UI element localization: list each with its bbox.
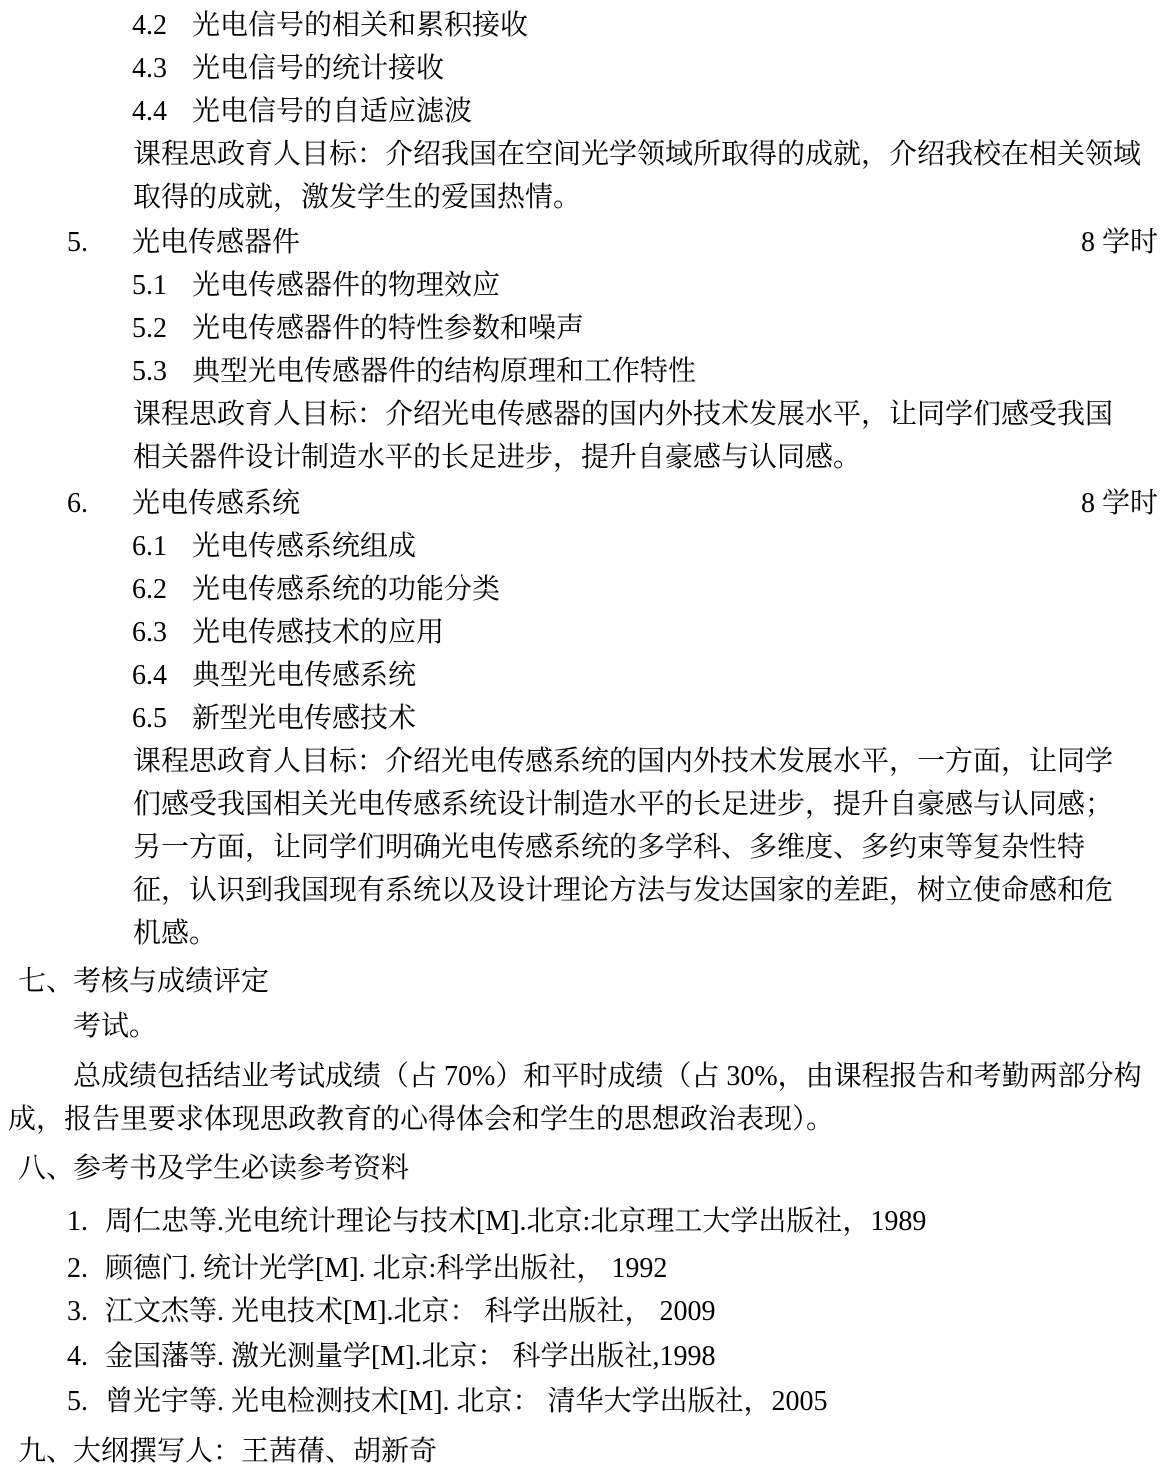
line-text: 大纲撰写人：王茜蒨、胡新奇 xyxy=(73,1436,437,1467)
section-heading: 七、考核与成绩评定 xyxy=(0,960,1160,1003)
credit-hours-label: 8 学时 xyxy=(1081,482,1158,525)
document-body: 4.2光电信号的相关和累积接收4.3光电信号的统计接收4.4光电信号的自适应滤波… xyxy=(0,4,1160,1471)
outline-subsection: 6.3光电传感技术的应用 xyxy=(0,611,1160,654)
line-text: 金国藩等. 激光测量学[M].北京： 科学出版社,1998 xyxy=(105,1341,716,1372)
line-text: 光电传感系统的功能分类 xyxy=(192,574,500,605)
reference-item: 4.金国藩等. 激光测量学[M].北京： 科学出版社,1998 xyxy=(0,1335,1160,1378)
document-page: 4.2光电信号的相关和累积接收4.3光电信号的统计接收4.4光电信号的自适应滤波… xyxy=(0,0,1160,1471)
item-number: 6.1 xyxy=(132,525,192,568)
line-text: 征，认识到我国现有系统以及设计理论方法与发达国家的差距，树立使命感和危 xyxy=(133,875,1113,906)
line-text: 课程思政育人目标：介绍光电传感系统的国内外技术发展水平，一方面，让同学 xyxy=(133,746,1113,777)
item-number: 七、 xyxy=(18,960,73,1003)
item-number: 八、 xyxy=(18,1147,73,1190)
line-text: 光电传感系统组成 xyxy=(192,531,416,562)
ideology-goal-paragraph: 们感受我国相关光电传感系统设计制造水平的长足进步，提升自豪感与认同感； xyxy=(0,783,1160,826)
outline-subsection: 6.1光电传感系统组成 xyxy=(0,525,1160,568)
line-text: 总成绩包括结业考试成绩（占 70%）和平时成绩（占 30%，由课程报告和考勤两部… xyxy=(73,1061,1142,1092)
line-text: 课程思政育人目标：介绍我国在空间光学领域所取得的成就，介绍我校在相关领域 xyxy=(133,139,1141,170)
line-text: 取得的成就，激发学生的爱国热情。 xyxy=(133,182,581,213)
outline-subsection: 6.5新型光电传感技术 xyxy=(0,697,1160,740)
line-text: 顾德门. 统计光学[M]. 北京:科学出版社， 1992 xyxy=(105,1253,667,1284)
item-number: 6.4 xyxy=(132,654,192,697)
item-number: 6.5 xyxy=(132,697,192,740)
outline-subsection: 5.2光电传感器件的特性参数和噪声 xyxy=(0,307,1160,350)
credit-hours-label: 8 学时 xyxy=(1081,221,1158,264)
section-heading: 八、参考书及学生必读参考资料 xyxy=(0,1147,1160,1190)
line-text: 参考书及学生必读参考资料 xyxy=(73,1153,409,1184)
line-text: 另一方面，让同学们明确光电传感系统的多学科、多维度、多约束等复杂性特 xyxy=(133,832,1085,863)
line-text: 机感。 xyxy=(133,918,217,949)
paragraph: 总成绩包括结业考试成绩（占 70%）和平时成绩（占 30%，由课程报告和考勤两部… xyxy=(0,1055,1160,1098)
item-number: 九、 xyxy=(18,1430,73,1471)
item-number: 6.2 xyxy=(132,568,192,611)
line-text: 光电传感器件的特性参数和噪声 xyxy=(192,313,584,344)
line-text: 课程思政育人目标：介绍光电传感器的国内外技术发展水平，让同学们感受我国 xyxy=(133,399,1113,430)
item-number: 6.3 xyxy=(132,611,192,654)
item-number: 4.3 xyxy=(132,47,192,90)
line-text: 曾光宇等. 光电检测技术[M]. 北京： 清华大学出版社，2005 xyxy=(105,1386,828,1417)
ideology-goal-paragraph: 相关器件设计制造水平的长足进步，提升自豪感与认同感。 xyxy=(0,436,1160,479)
item-number: 5.2 xyxy=(132,307,192,350)
reference-item: 3.江文杰等. 光电技术[M].北京： 科学出版社， 2009 xyxy=(0,1290,1160,1333)
line-text: 考试。 xyxy=(73,1011,157,1042)
item-number: 4.4 xyxy=(132,90,192,133)
item-number: 1. xyxy=(67,1200,105,1243)
line-text: 典型光电传感系统 xyxy=(192,660,416,691)
outline-subsection: 5.3典型光电传感器件的结构原理和工作特性 xyxy=(0,350,1160,393)
reference-item: 1.周仁忠等.光电统计理论与技术[M].北京:北京理工大学出版社，1989 xyxy=(0,1200,1160,1243)
line-text: 光电信号的相关和累积接收 xyxy=(192,10,528,41)
item-number: 5.1 xyxy=(132,264,192,307)
line-text: 成，报告里要求体现思政教育的心得体会和学生的思想政治表现）。 xyxy=(8,1104,834,1135)
ideology-goal-paragraph: 课程思政育人目标：介绍光电传感系统的国内外技术发展水平，一方面，让同学 xyxy=(0,740,1160,783)
paragraph: 考试。 xyxy=(0,1005,1160,1048)
line-text: 考核与成绩评定 xyxy=(73,966,269,997)
ideology-goal-paragraph: 另一方面，让同学们明确光电传感系统的多学科、多维度、多约束等复杂性特 xyxy=(0,826,1160,869)
item-number: 5.3 xyxy=(132,350,192,393)
outline-subsection: 6.2光电传感系统的功能分类 xyxy=(0,568,1160,611)
item-number: 5. xyxy=(67,1380,105,1423)
line-text: 光电传感器件 xyxy=(132,227,300,258)
ideology-goal-paragraph: 课程思政育人目标：介绍光电传感器的国内外技术发展水平，让同学们感受我国 xyxy=(0,393,1160,436)
paragraph-continuation: 成，报告里要求体现思政教育的心得体会和学生的思想政治表现）。 xyxy=(0,1098,1160,1141)
outline-subsection: 4.4光电信号的自适应滤波 xyxy=(0,90,1160,133)
line-text: 周仁忠等.光电统计理论与技术[M].北京:北京理工大学出版社，1989 xyxy=(105,1206,926,1237)
line-text: 光电传感技术的应用 xyxy=(192,617,444,648)
line-text: 典型光电传感器件的结构原理和工作特性 xyxy=(192,356,696,387)
item-number: 6. xyxy=(67,482,132,525)
item-number: 4.2 xyxy=(132,4,192,47)
ideology-goal-paragraph: 课程思政育人目标：介绍我国在空间光学领域所取得的成就，介绍我校在相关领域 xyxy=(0,133,1160,176)
line-text: 们感受我国相关光电传感系统设计制造水平的长足进步，提升自豪感与认同感； xyxy=(133,789,1113,820)
chapter-heading: 5.光电传感器件8 学时 xyxy=(0,221,1160,264)
line-text: 江文杰等. 光电技术[M].北京： 科学出版社， 2009 xyxy=(105,1296,716,1327)
section-heading: 九、大纲撰写人：王茜蒨、胡新奇 xyxy=(0,1430,1160,1471)
item-number: 2. xyxy=(67,1247,105,1290)
ideology-goal-paragraph: 取得的成就，激发学生的爱国热情。 xyxy=(0,176,1160,219)
line-text: 光电信号的自适应滤波 xyxy=(192,96,472,127)
item-number: 5. xyxy=(67,221,132,264)
outline-subsection: 6.4典型光电传感系统 xyxy=(0,654,1160,697)
ideology-goal-paragraph: 征，认识到我国现有系统以及设计理论方法与发达国家的差距，树立使命感和危 xyxy=(0,869,1160,912)
line-text: 相关器件设计制造水平的长足进步，提升自豪感与认同感。 xyxy=(133,442,861,473)
reference-item: 2.顾德门. 统计光学[M]. 北京:科学出版社， 1992 xyxy=(0,1247,1160,1290)
reference-item: 5.曾光宇等. 光电检测技术[M]. 北京： 清华大学出版社，2005 xyxy=(0,1380,1160,1423)
line-text: 光电传感器件的物理效应 xyxy=(192,270,500,301)
line-text: 光电传感系统 xyxy=(132,488,300,519)
line-text: 新型光电传感技术 xyxy=(192,703,416,734)
outline-subsection: 4.2光电信号的相关和累积接收 xyxy=(0,4,1160,47)
outline-subsection: 5.1光电传感器件的物理效应 xyxy=(0,264,1160,307)
chapter-heading: 6.光电传感系统8 学时 xyxy=(0,482,1160,525)
outline-subsection: 4.3光电信号的统计接收 xyxy=(0,47,1160,90)
line-text: 光电信号的统计接收 xyxy=(192,53,444,84)
ideology-goal-paragraph: 机感。 xyxy=(0,912,1160,955)
item-number: 4. xyxy=(67,1335,105,1378)
item-number: 3. xyxy=(67,1290,105,1333)
